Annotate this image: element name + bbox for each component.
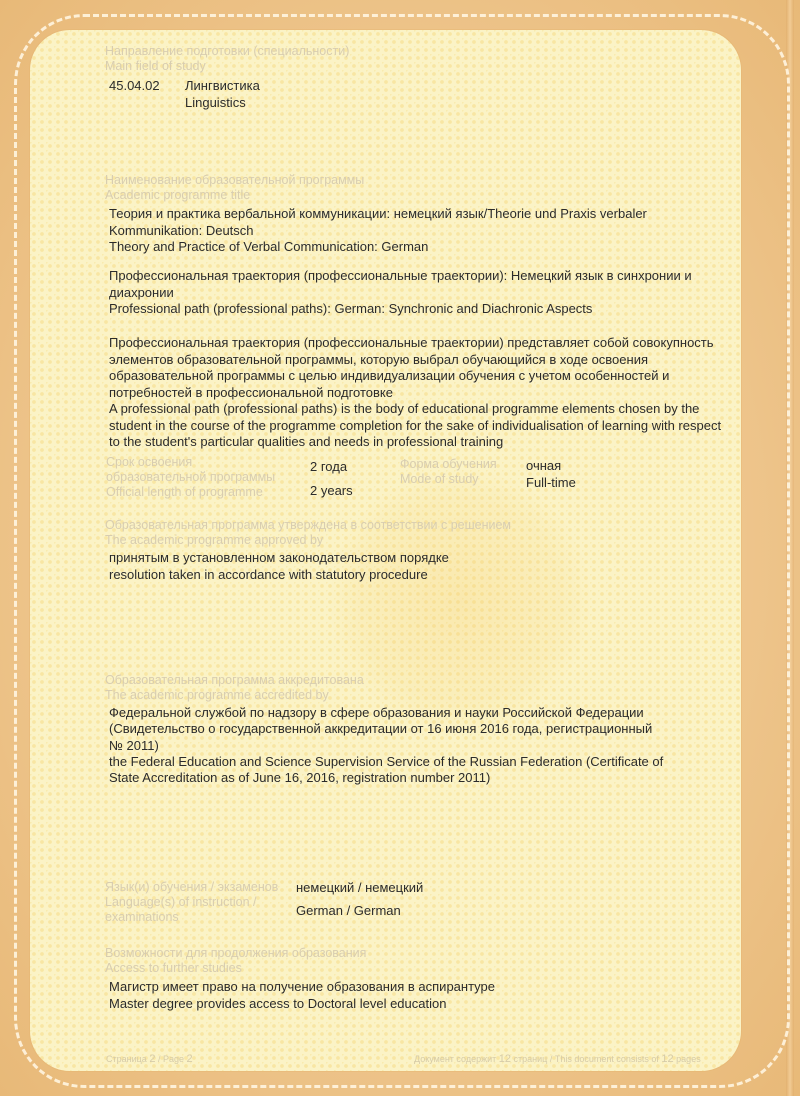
programme-title: Теория и практика вербальной коммуникаци… — [109, 206, 647, 256]
line: Язык(и) обучения / экзаменов — [105, 880, 278, 895]
mode-label: Форма обучения Mode of study — [400, 457, 497, 487]
line: State Accreditation as of June 16, 2016,… — [109, 770, 663, 786]
value-ru: Магистр имеет право на получение образов… — [109, 979, 495, 996]
line: Срок освоения — [106, 455, 275, 470]
text: / Page — [158, 1054, 184, 1064]
line: Theory and Practice of Verbal Communicat… — [109, 239, 647, 256]
emblem-watermark — [330, 470, 590, 730]
length-value-en: 2 years — [310, 483, 353, 500]
languages-value-en: German / German — [296, 903, 401, 920]
line: образовательной программы с целью индиви… — [109, 368, 721, 385]
line: (Свидетельство о государственной аккреди… — [109, 721, 663, 737]
label-en: Academic programme title — [105, 188, 364, 203]
number: 2 — [149, 1053, 155, 1065]
line: Kommunikation: Deutsch — [109, 223, 647, 240]
line: to the student's particular qualities an… — [109, 434, 721, 451]
line: Official length of programme — [106, 485, 275, 500]
line: the Federal Education and Science Superv… — [109, 754, 663, 770]
label-ru: Образовательная программа утверждена в с… — [105, 518, 511, 533]
languages-label: Язык(и) обучения / экзаменов Language(s)… — [105, 880, 278, 925]
number: 2 — [187, 1053, 193, 1065]
line: диахронии — [109, 285, 692, 302]
line: Профессиональная траектория (профессиона… — [109, 335, 721, 352]
mode-value-en: Full-time — [526, 475, 576, 492]
label-en: Mode of study — [400, 472, 497, 487]
number: 12 — [499, 1053, 511, 1065]
field-name: Лингвистика Linguistics — [185, 78, 260, 111]
label-ru: Наименование образовательной программы — [105, 173, 364, 188]
approved-label: Образовательная программа утверждена в с… — [105, 518, 511, 548]
further-studies-value: Магистр имеет право на получение образов… — [109, 979, 495, 1012]
line: образовательной программы — [106, 470, 275, 485]
label-en: The academic programme accredited by — [105, 688, 364, 703]
line: Language(s) of instruction / — [105, 895, 278, 910]
value-en: Master degree provides access to Doctora… — [109, 996, 495, 1013]
languages-value-ru: немецкий / немецкий — [296, 880, 423, 897]
line: Теория и практика вербальной коммуникаци… — [109, 206, 647, 223]
page-number: Страница 2 / Page 2 — [106, 1053, 193, 1065]
length-value-ru: 2 года — [310, 459, 347, 476]
path-definition: Профессиональная траектория (профессиона… — [109, 335, 721, 451]
page-count: Документ содержит 12 страниц / This docu… — [414, 1053, 701, 1065]
field-name-ru: Лингвистика — [185, 78, 260, 95]
text: Страница — [106, 1054, 147, 1064]
programme-title-label: Наименование образовательной программы A… — [105, 173, 364, 203]
line: A professional path (professional paths)… — [109, 401, 721, 418]
mode-value: очная Full-time — [526, 458, 576, 491]
text: страниц / This document consists of — [514, 1054, 659, 1064]
line: элементов образовательной программы, кот… — [109, 352, 721, 369]
accredited-value: Федеральной службой по надзору в сфере о… — [109, 705, 663, 786]
label-ru: Образовательная программа аккредитована — [105, 673, 364, 688]
value-en: resolution taken in accordance with stat… — [109, 567, 449, 584]
main-field-label: Направление подготовки (специальности) M… — [105, 44, 349, 74]
number: 12 — [661, 1053, 673, 1065]
line: examinations — [105, 910, 278, 925]
professional-path: Профессиональная траектория (профессиона… — [109, 268, 692, 318]
label-en: Access to further studies — [105, 961, 366, 976]
line: Professional path (professional paths): … — [109, 301, 692, 318]
text: pages — [676, 1054, 701, 1064]
label-ru: Форма обучения — [400, 457, 497, 472]
value-ru: принятым в установленном законодательств… — [109, 550, 449, 567]
length-label: Срок освоения образовательной программы … — [106, 455, 275, 500]
label-en: Main field of study — [105, 59, 349, 74]
line: № 2011) — [109, 738, 663, 754]
approved-value: принятым в установленном законодательств… — [109, 550, 449, 583]
accredited-label: Образовательная программа аккредитована … — [105, 673, 364, 703]
text: Документ содержит — [414, 1054, 496, 1064]
line: Федеральной службой по надзору в сфере о… — [109, 705, 663, 721]
field-code: 45.04.02 — [109, 78, 160, 95]
mode-value-ru: очная — [526, 458, 576, 475]
line: Профессиональная траектория (профессиона… — [109, 268, 692, 285]
label-ru: Направление подготовки (специальности) — [105, 44, 349, 59]
line: потребностей в профессиональной подготов… — [109, 385, 721, 402]
label-ru: Возможности для продолжения образования — [105, 946, 366, 961]
field-name-en: Linguistics — [185, 95, 260, 112]
line: student in the course of the programme c… — [109, 418, 721, 435]
further-studies-label: Возможности для продолжения образования … — [105, 946, 366, 976]
label-en: The academic programme approved by — [105, 533, 511, 548]
